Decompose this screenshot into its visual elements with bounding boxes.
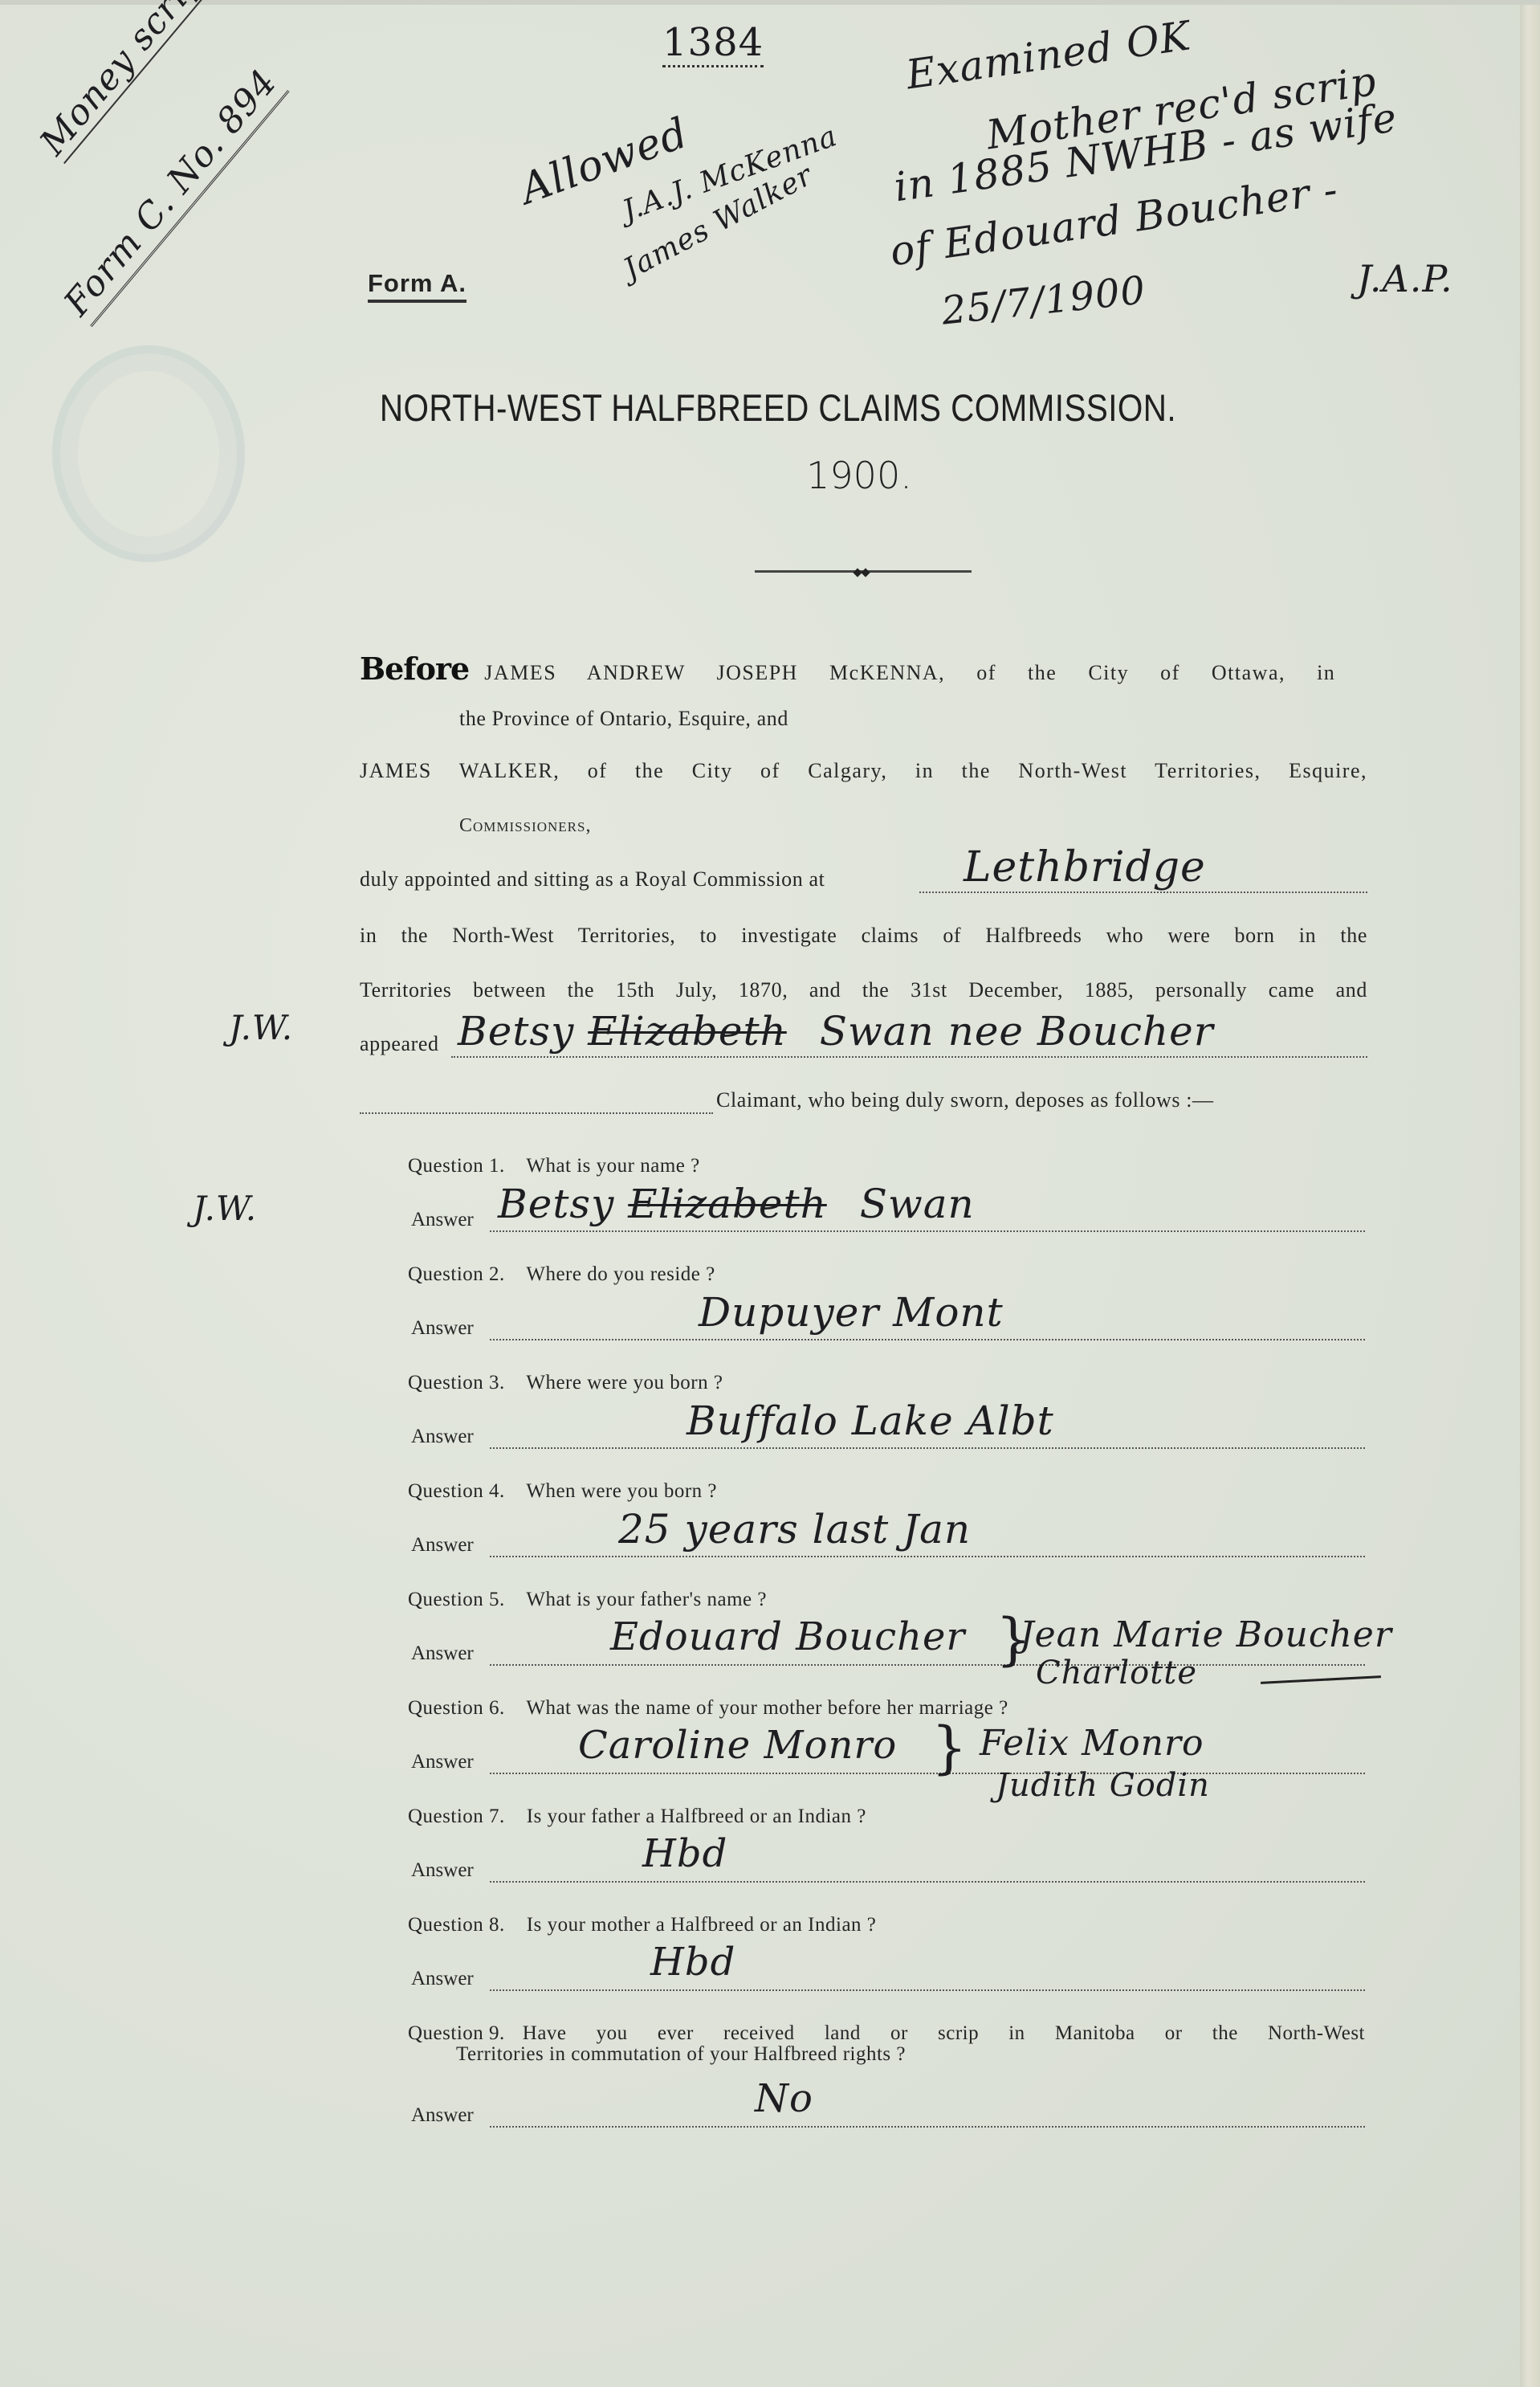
commissioner-mckenna: JAMES ANDREW JOSEPH McKENNA, of the City… <box>484 661 1335 685</box>
question-9-text-cont: Territories in commutation of your Halfb… <box>456 2043 1365 2066</box>
question-6: Question 6. What was the name of your mo… <box>408 1697 1008 1720</box>
answer-7-value: Hbd <box>642 1831 727 1876</box>
answer-1-line <box>490 1230 1365 1232</box>
answer-5-line <box>490 1664 1365 1666</box>
answer-5-grandfather: Jean Marie Boucher <box>1020 1614 1392 1655</box>
answer-1-surname: Swan <box>860 1181 975 1227</box>
question-7-text: Is your father a Halfbreed or an Indian … <box>527 1806 866 1827</box>
form-year: 1900. <box>0 454 1540 497</box>
preamble-line-8: appeared <box>360 1032 439 1056</box>
form-label: Form A. <box>368 269 466 303</box>
answer-3-value: Buffalo Lake Albt <box>686 1398 1054 1444</box>
claimant-field-line <box>451 1056 1367 1058</box>
answer-4-label: Answer <box>411 1534 474 1557</box>
question-3-text: Where were you born ? <box>526 1372 723 1393</box>
claimant-surname: Swan nee Boucher <box>820 1008 1214 1055</box>
question-3-label: Question 3. <box>408 1372 505 1393</box>
question-7-label: Question 7. <box>408 1806 505 1827</box>
location-field-value: Lethbridge <box>964 843 1206 892</box>
answer-5-value: Edouard Boucher <box>610 1614 965 1659</box>
question-6-label: Question 6. <box>408 1697 505 1719</box>
preamble-line-2: the Province of Ontario, Esquire, and <box>459 707 788 731</box>
answer-9-value: No <box>755 2076 813 2121</box>
question-3: Question 3. Where were you born ? <box>408 1372 723 1394</box>
commissioners-label: Commissioners, <box>459 815 591 837</box>
location-field-line <box>919 892 1367 893</box>
question-2: Question 2. Where do you reside ? <box>408 1263 715 1286</box>
answer-5-label: Answer <box>411 1642 474 1665</box>
preamble-line-1: Before JAMES ANDREW JOSEPH McKENNA, of t… <box>360 651 1335 687</box>
claimant-struck-name: Elizabeth <box>588 1008 787 1055</box>
preamble-line-9: Claimant, who being duly sworn, deposes … <box>716 1088 1214 1112</box>
answer-9-label: Answer <box>411 2104 474 2127</box>
answer-6-grandmother: Judith Godin <box>996 1767 1210 1804</box>
answer-6-line <box>490 1773 1365 1774</box>
examined-initials: J.A.P. <box>1357 257 1453 300</box>
answer-4-line <box>490 1556 1365 1557</box>
question-7: Question 7. Is your father a Halfbreed o… <box>408 1806 866 1828</box>
page-edge <box>1520 0 1540 2387</box>
divider-ornament-icon <box>854 565 871 577</box>
answer-6-value: Caroline Monro <box>578 1723 897 1768</box>
file-number: 1384 <box>662 20 764 67</box>
answer-2-label: Answer <box>411 1317 474 1340</box>
question-4-label: Question 4. <box>408 1480 505 1502</box>
answer-9-line <box>490 2126 1365 2128</box>
preamble-line-7: Territories between the 15th July, 1870,… <box>360 978 1367 1002</box>
answer-5-grandmother: Charlotte <box>1036 1655 1197 1691</box>
question-4: Question 4. When were you born ? <box>408 1480 717 1503</box>
question-5-label: Question 5. <box>408 1589 505 1610</box>
answer-8-value: Hbd <box>650 1940 735 1985</box>
answer-1-first: Betsy <box>498 1181 614 1227</box>
question-1: Question 1. What is your name ? <box>408 1155 700 1177</box>
preamble-line-6: in the North-West Territories, to invest… <box>360 924 1367 948</box>
question-9: Question 9. Have you ever received land … <box>408 2022 1365 2066</box>
answer-8-label: Answer <box>411 1968 474 1990</box>
claimant-first-name: Betsy <box>458 1008 574 1055</box>
question-4-text: When were you born ? <box>526 1480 717 1502</box>
answer-3-label: Answer <box>411 1426 474 1448</box>
question-2-text: Where do you reside ? <box>526 1263 715 1285</box>
answer-2-value: Dupuyer Mont <box>699 1289 1004 1336</box>
question-1-text: What is your name ? <box>526 1155 699 1177</box>
preamble-line-5: duly appointed and sitting as a Royal Co… <box>360 867 825 892</box>
answer-7-line <box>490 1881 1365 1883</box>
margin-initials-1: J.W. <box>229 1008 293 1047</box>
question-9-label: Question 9. <box>408 2022 505 2045</box>
answer-6-brace: } <box>931 1715 968 1781</box>
answer-6-label: Answer <box>411 1751 474 1773</box>
before-heading: Before <box>360 651 469 687</box>
question-5-text: What is your father's name ? <box>526 1589 767 1610</box>
claimant-line-prefix <box>360 1112 713 1114</box>
answer-7-label: Answer <box>411 1859 474 1882</box>
margin-initials-2: J.W. <box>193 1189 257 1228</box>
page-top-edge <box>0 0 1540 5</box>
question-2-label: Question 2. <box>408 1263 505 1285</box>
question-8-text: Is your mother a Halfbreed or an Indian … <box>527 1914 877 1936</box>
answer-8-line <box>490 1989 1365 1991</box>
answer-4-value: 25 years last Jan <box>618 1506 971 1553</box>
answer-2-line <box>490 1339 1365 1340</box>
answer-3-line <box>490 1447 1365 1449</box>
commissioner-walker: JAMES WALKER, of the City of Calgary, in… <box>360 759 1367 783</box>
question-8-label: Question 8. <box>408 1914 505 1936</box>
question-5: Question 5. What is your father's name ? <box>408 1589 767 1611</box>
form-title: NORTH-WEST HALFBREED CLAIMS COMMISSION. <box>120 386 1436 430</box>
question-8: Question 8. Is your mother a Halfbreed o… <box>408 1914 876 1936</box>
claimant-name-field: Betsy Elizabeth Swan nee Boucher <box>458 1008 1214 1055</box>
answer-1-label: Answer <box>411 1209 474 1231</box>
answer-6-grandfather: Felix Monro <box>980 1723 1204 1764</box>
answer-1-value: Betsy Elizabeth Swan <box>498 1181 975 1227</box>
question-1-label: Question 1. <box>408 1155 505 1177</box>
answer-1-struck: Elizabeth <box>628 1181 827 1227</box>
question-9-text: Have you ever received land or scrip in … <box>523 2022 1365 2045</box>
